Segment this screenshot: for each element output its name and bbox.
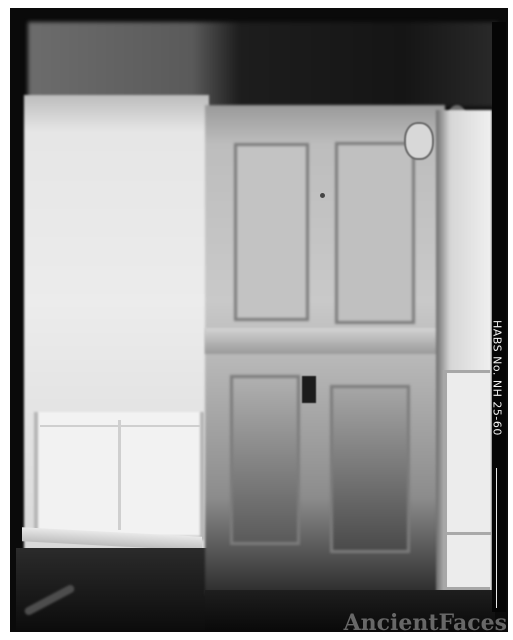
habs-annotation: HABS No. NH 25-60 [482, 320, 512, 480]
window-mullion [118, 420, 121, 530]
cupboard-panel-lower-right [330, 385, 410, 553]
lock-plate-icon [302, 376, 316, 403]
window-mullion [40, 425, 200, 427]
knob-icon [320, 193, 325, 198]
cupboard-panel-upper-left [234, 143, 309, 321]
watermark: AncientFaces [344, 610, 507, 636]
film-edge [492, 22, 506, 612]
cupboard-divider-rail [205, 328, 443, 354]
cupboard-panel-upper-right [335, 142, 415, 324]
cupboard-panel-lower-left [230, 375, 300, 545]
floor [16, 548, 211, 630]
photograph: HABS No. NH 25-60 [0, 0, 513, 640]
right-window-rail [447, 532, 491, 535]
oval-lamp-icon [404, 122, 434, 160]
annotation-line [496, 468, 497, 608]
